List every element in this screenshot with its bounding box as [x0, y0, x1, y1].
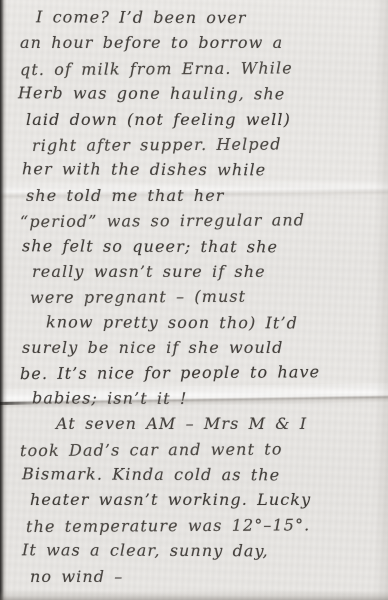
- handwritten-line: Herb was gone hauling, she: [10, 80, 384, 107]
- handwritten-line: know pretty soon tho) It’d: [10, 309, 384, 336]
- handwritten-line: an hour before to borrow a: [10, 30, 384, 55]
- scanned-letter-page: I come? I’d been overan hour before to b…: [0, 0, 388, 600]
- handwritten-line: “period” was so irregular and: [10, 207, 384, 235]
- handwritten-line: I come? I’d been over: [10, 4, 384, 31]
- handwritten-line: the temperature was 12°–15°.: [10, 512, 384, 540]
- handwritten-line: her with the dishes while: [10, 157, 384, 184]
- scan-edge-shadow-left: [0, 0, 7, 600]
- handwritten-line: no wind –: [10, 564, 384, 589]
- handwritten-line: babies; isn’t it !: [10, 385, 384, 412]
- handwritten-line: she told me that her: [10, 183, 384, 208]
- handwritten-line: surely be nice if she would: [10, 335, 384, 360]
- handwritten-line: It was a clear, sunny day,: [10, 537, 384, 564]
- handwritten-line: qt. of milk from Erna. While: [10, 55, 384, 83]
- handwritten-line: she felt so queer; that she: [10, 233, 384, 260]
- scan-edge-shadow-bottom: [0, 590, 388, 600]
- handwritten-line: heater wasn’t working. Lucky: [10, 487, 384, 512]
- handwritten-line: took Dad’s car and went to: [10, 435, 384, 463]
- handwritten-line: were pregnant – (must: [10, 283, 384, 311]
- handwritten-line: Bismark. Kinda cold as the: [10, 461, 384, 488]
- handwritten-line: right after supper. Helped: [10, 131, 384, 159]
- handwritten-line: be. It’s nice for people to have: [10, 359, 384, 387]
- scan-edge-shadow-right: [374, 0, 388, 600]
- letter-text: I come? I’d been overan hour before to b…: [10, 5, 384, 589]
- handwritten-line: really wasn’t sure if she: [10, 259, 384, 284]
- handwritten-line: At seven AM – Mrs M & I: [10, 411, 384, 436]
- handwritten-line: laid down (not feeling well): [10, 107, 384, 132]
